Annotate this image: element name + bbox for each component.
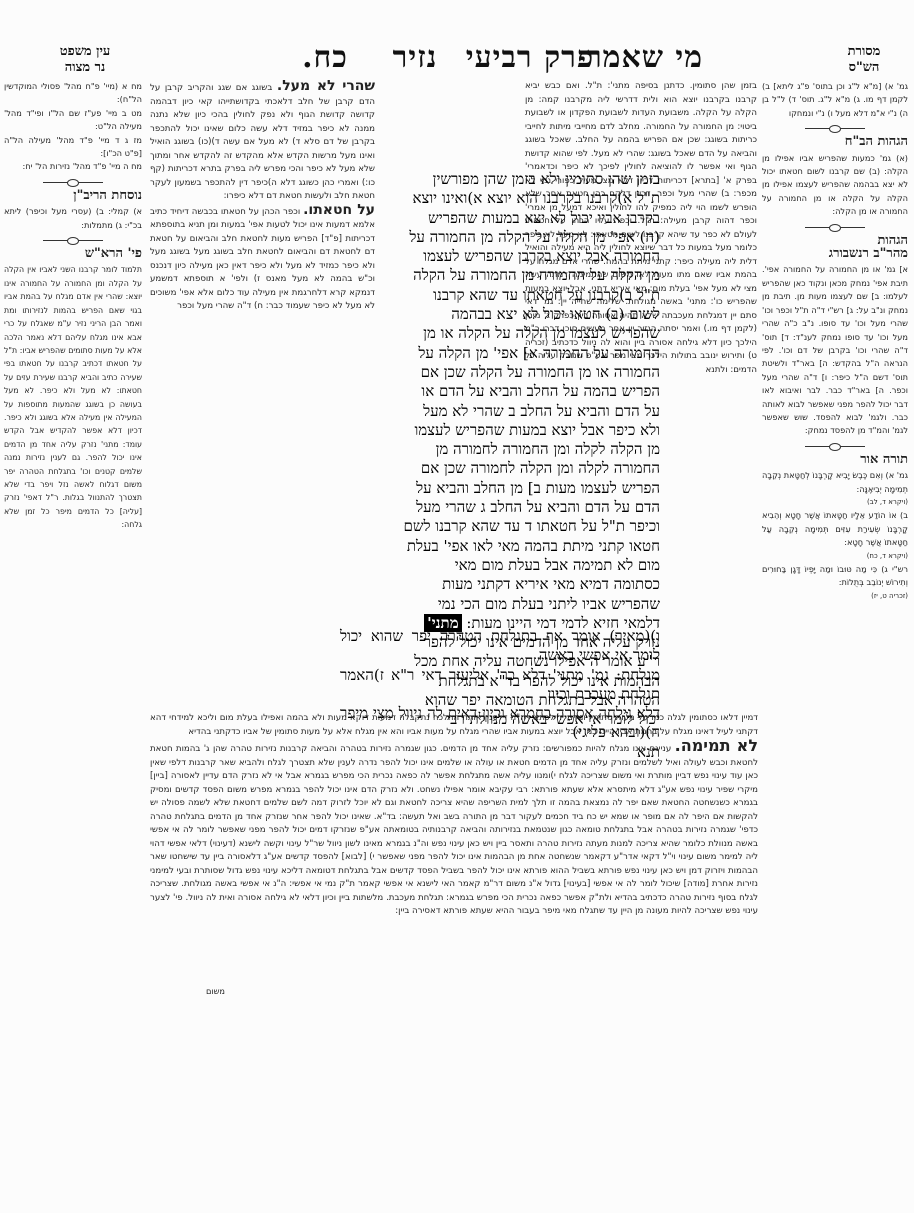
- torah-or-ref: (ויקרא ד, לב): [762, 496, 908, 509]
- ein-mishpat-title-line2: נר מצוה: [40, 60, 130, 76]
- gemara-line: כסתומה דמיא מאי איריא דקתני מעות: [378, 575, 660, 594]
- tosafot-bottom-commentary: דמיין דלאו כסתומין לגלה כמו על מעות סתומ…: [150, 712, 758, 919]
- ein-mishpat-entry: מח א (מיי' פ"ח מהל' פסולי המוקדשין הל"ח)…: [4, 80, 142, 107]
- right-margin-column: גמ' א) [מ"א ל"ג וכן בתוס' פ"ג ליתא] ב) ל…: [762, 80, 908, 603]
- gemara-line: (ה) אפי' מן הקלה על הקלה מן החמורה על: [378, 228, 660, 247]
- tosafot-bottom-intro: דמיין דלאו כסתומין לגלה כמו על מעות סתומ…: [150, 712, 758, 739]
- gemara-line: החמורה אבל יוצא בקרבן שהפריש לעצמו: [378, 247, 660, 266]
- torah-or-verse: רש"י ג) כִּי מַה טּוּבוֹ וּמַה יָּפְיוֹ …: [762, 563, 908, 590]
- gemara-line: לשום (ב) חטאו יכול לא יצא בבהמה: [378, 305, 660, 324]
- torah-or-verse: ב) אוֹ הוֹדַע אֵלָיו חַטָּאתוֹ אֲשֶׁר חָ…: [762, 509, 908, 549]
- gemara-line: מום לא תמימה אבל בעלת מום מאי: [378, 556, 660, 575]
- gemara-line: ת"ל א)קרבנו בקרבנו הוא יוצא א)ואינו יוצא: [378, 189, 660, 208]
- ornament-divider: [43, 240, 103, 241]
- ornament-divider: [43, 182, 103, 183]
- nuschat-rivan-text: א) קמלי: ב) (עסרי מעל וכיפר) ליתא בכ"י: …: [4, 205, 142, 232]
- gemara-line: בקרבן אביו יכול לא יצא במעות שהפריש: [378, 209, 660, 228]
- gemara-line: מן הקלה לקלה ומן החמורה לחמורה מן: [378, 440, 660, 459]
- tosafot-commentary: שהרי לא מעל. בשוגג אם שגג והקריב קרבן על…: [150, 80, 375, 314]
- hagahot-maharav-text: א] גמ' או מן החמורה על החמורה אפי'. תיבת…: [762, 263, 908, 437]
- tosafot-bottom-entry: לא תמימה. עניינם אינו מגלח להיות כמפורשי…: [150, 739, 758, 919]
- tosafot-mid-text: וכפר הכהן על חטאתו בכבשה דיחיד כתיב אלמא…: [150, 207, 375, 312]
- masoret-hashas-text: גמ' א) [מ"א ל"ג וכן בתוס' פ"ג ליתא] ב) ל…: [762, 80, 908, 120]
- gemara-line: בזמן שהן סתומין ולא בזמן שהן מפורשין: [378, 170, 660, 189]
- left-margin-column: מח א (מיי' פ"ח מהל' פסולי המוקדשין הל"ח)…: [4, 80, 142, 532]
- gemara-line: וכיפר ת"ל על חטאתו ד עד שהא קרבנו לשם: [378, 517, 660, 536]
- ein-mishpat-entry: מט ב מיי' פע"ז שם הל"ו ופי"ד מהל' מעילה …: [4, 107, 142, 134]
- gemara-line: מגלחת: גמ' מתני' דלא כר' אליעזר דאי ר"א …: [340, 666, 660, 705]
- gemara-line: הפריש בהמה על החלב והביא על הדם או: [378, 382, 660, 401]
- gemara-line: הדם על הדם והביא על החלב ג שהרי מעל: [378, 498, 660, 517]
- gemara-line: ו)(מאיר) אומר אף בתגלחת הטהרה יפר שהוא י…: [340, 627, 660, 666]
- torah-or-verse: גמ' א) וְאִם כֶּבֶשׂ יָבִיא קָרְבָּנוֹ ל…: [762, 469, 908, 496]
- ein-mishpat-entry: מז ג ד מיי' פ"ד מהל' מעילה הל"ה [פ"ט הכ"…: [4, 134, 142, 161]
- folio-number: כח.: [285, 40, 365, 75]
- rosh-text: תלמוד לומר קרבנו השני לאביו אין הקלה על …: [4, 263, 142, 531]
- torah-or-title: תורה אור: [762, 453, 908, 466]
- ornament-divider: [805, 227, 865, 228]
- tosafot-lead-word: שהרי לא מעל.: [277, 78, 375, 94]
- ein-mishpat-title: עין משפט נר מצוה: [40, 44, 130, 76]
- tosafot-lead-word: על חטאתו.: [303, 202, 375, 218]
- hagahot-maharav-title: הגהות מהר"ב רנשבורג: [762, 234, 908, 261]
- gemara-line: ת"ל ב)קרבנו על חטאתו עד שהא קרבנו: [378, 286, 660, 305]
- hagahot-bach-title: הגהות הב"ח: [762, 135, 908, 148]
- gemara-line: מן הקלה על החמורה מן החמורה על הקלה: [378, 266, 660, 285]
- ornament-divider: [805, 446, 865, 447]
- torah-or-ref: (זכריה ט, יז): [762, 590, 908, 603]
- hagahot-maharav-title-line2: מהר"ב רנשבורג: [762, 247, 908, 260]
- torah-or-ref: (ויקרא ד, כח): [762, 550, 908, 563]
- ornament-divider: [805, 128, 865, 129]
- masoret-hashas-title: מסורת הש"ס: [824, 44, 904, 76]
- gemara-line: שהפריש אביו ליתני בעלת מום הכי נמי: [378, 595, 660, 614]
- tosafot-mid-entry: על חטאתו. וכפר הכהן על חטאתו בכבשה דיחיד…: [150, 204, 375, 314]
- gemara-line: ולא כיפר אבל יוצא במעות שהפריש לעצמו: [378, 421, 660, 440]
- gemara-line: החמורה על החמורה א] אפי' מן הקלה על: [378, 344, 660, 363]
- ein-mishpat-entry: מח ה מיי' פ"ד מהל' נזירות הל' יח:: [4, 160, 142, 173]
- tosafot-lead-word: לא תמימה.: [675, 736, 758, 755]
- hagahot-maharav-title-line1: הגהות: [762, 234, 908, 247]
- chapter-number: פרק רביעי: [455, 40, 605, 75]
- nuschat-rivan-title: נוסחת הריב"ן: [4, 189, 142, 202]
- hagahot-bach-text: (א) גמ' כמעות שהפריש אביו אפילו מן הקלה:…: [762, 152, 908, 219]
- gemara-line: שהפריש לעצמו מן הקלה על הקלה או מן: [378, 324, 660, 343]
- gemara-line: החמורה לקלה ומן הקלה לחמורה שכן אם: [378, 459, 660, 478]
- tosafot-bottom-text: עניינם אינו מגלח להיות כמפורשים: נזרק על…: [150, 744, 758, 916]
- gemara-line: חטאו קתני מיתת בהמה מאי לאו אפי' בעלת: [378, 537, 660, 556]
- ein-mishpat-title-line1: עין משפט: [40, 44, 130, 60]
- tosafot-top-entry: שהרי לא מעל. בשוגג אם שגג והקריב קרבן על…: [150, 80, 375, 204]
- tosafot-top-text: בשוגג אם שגג והקריב קרבן על הדם קרבן של …: [150, 83, 375, 201]
- tractate-name: נזיר: [375, 40, 455, 75]
- gemara-line: החמורה או מן החמורה על הקלה שכן אם: [378, 363, 660, 382]
- catchword: משום: [185, 985, 225, 998]
- gemara-line: על הדם והביא על החלב ב שהרי לא מעל: [378, 402, 660, 421]
- gemara-line: הפריש לעצמו מעות ב] מן החלב והביא על: [378, 479, 660, 498]
- rosh-title: פי' הרא"ש: [4, 247, 142, 260]
